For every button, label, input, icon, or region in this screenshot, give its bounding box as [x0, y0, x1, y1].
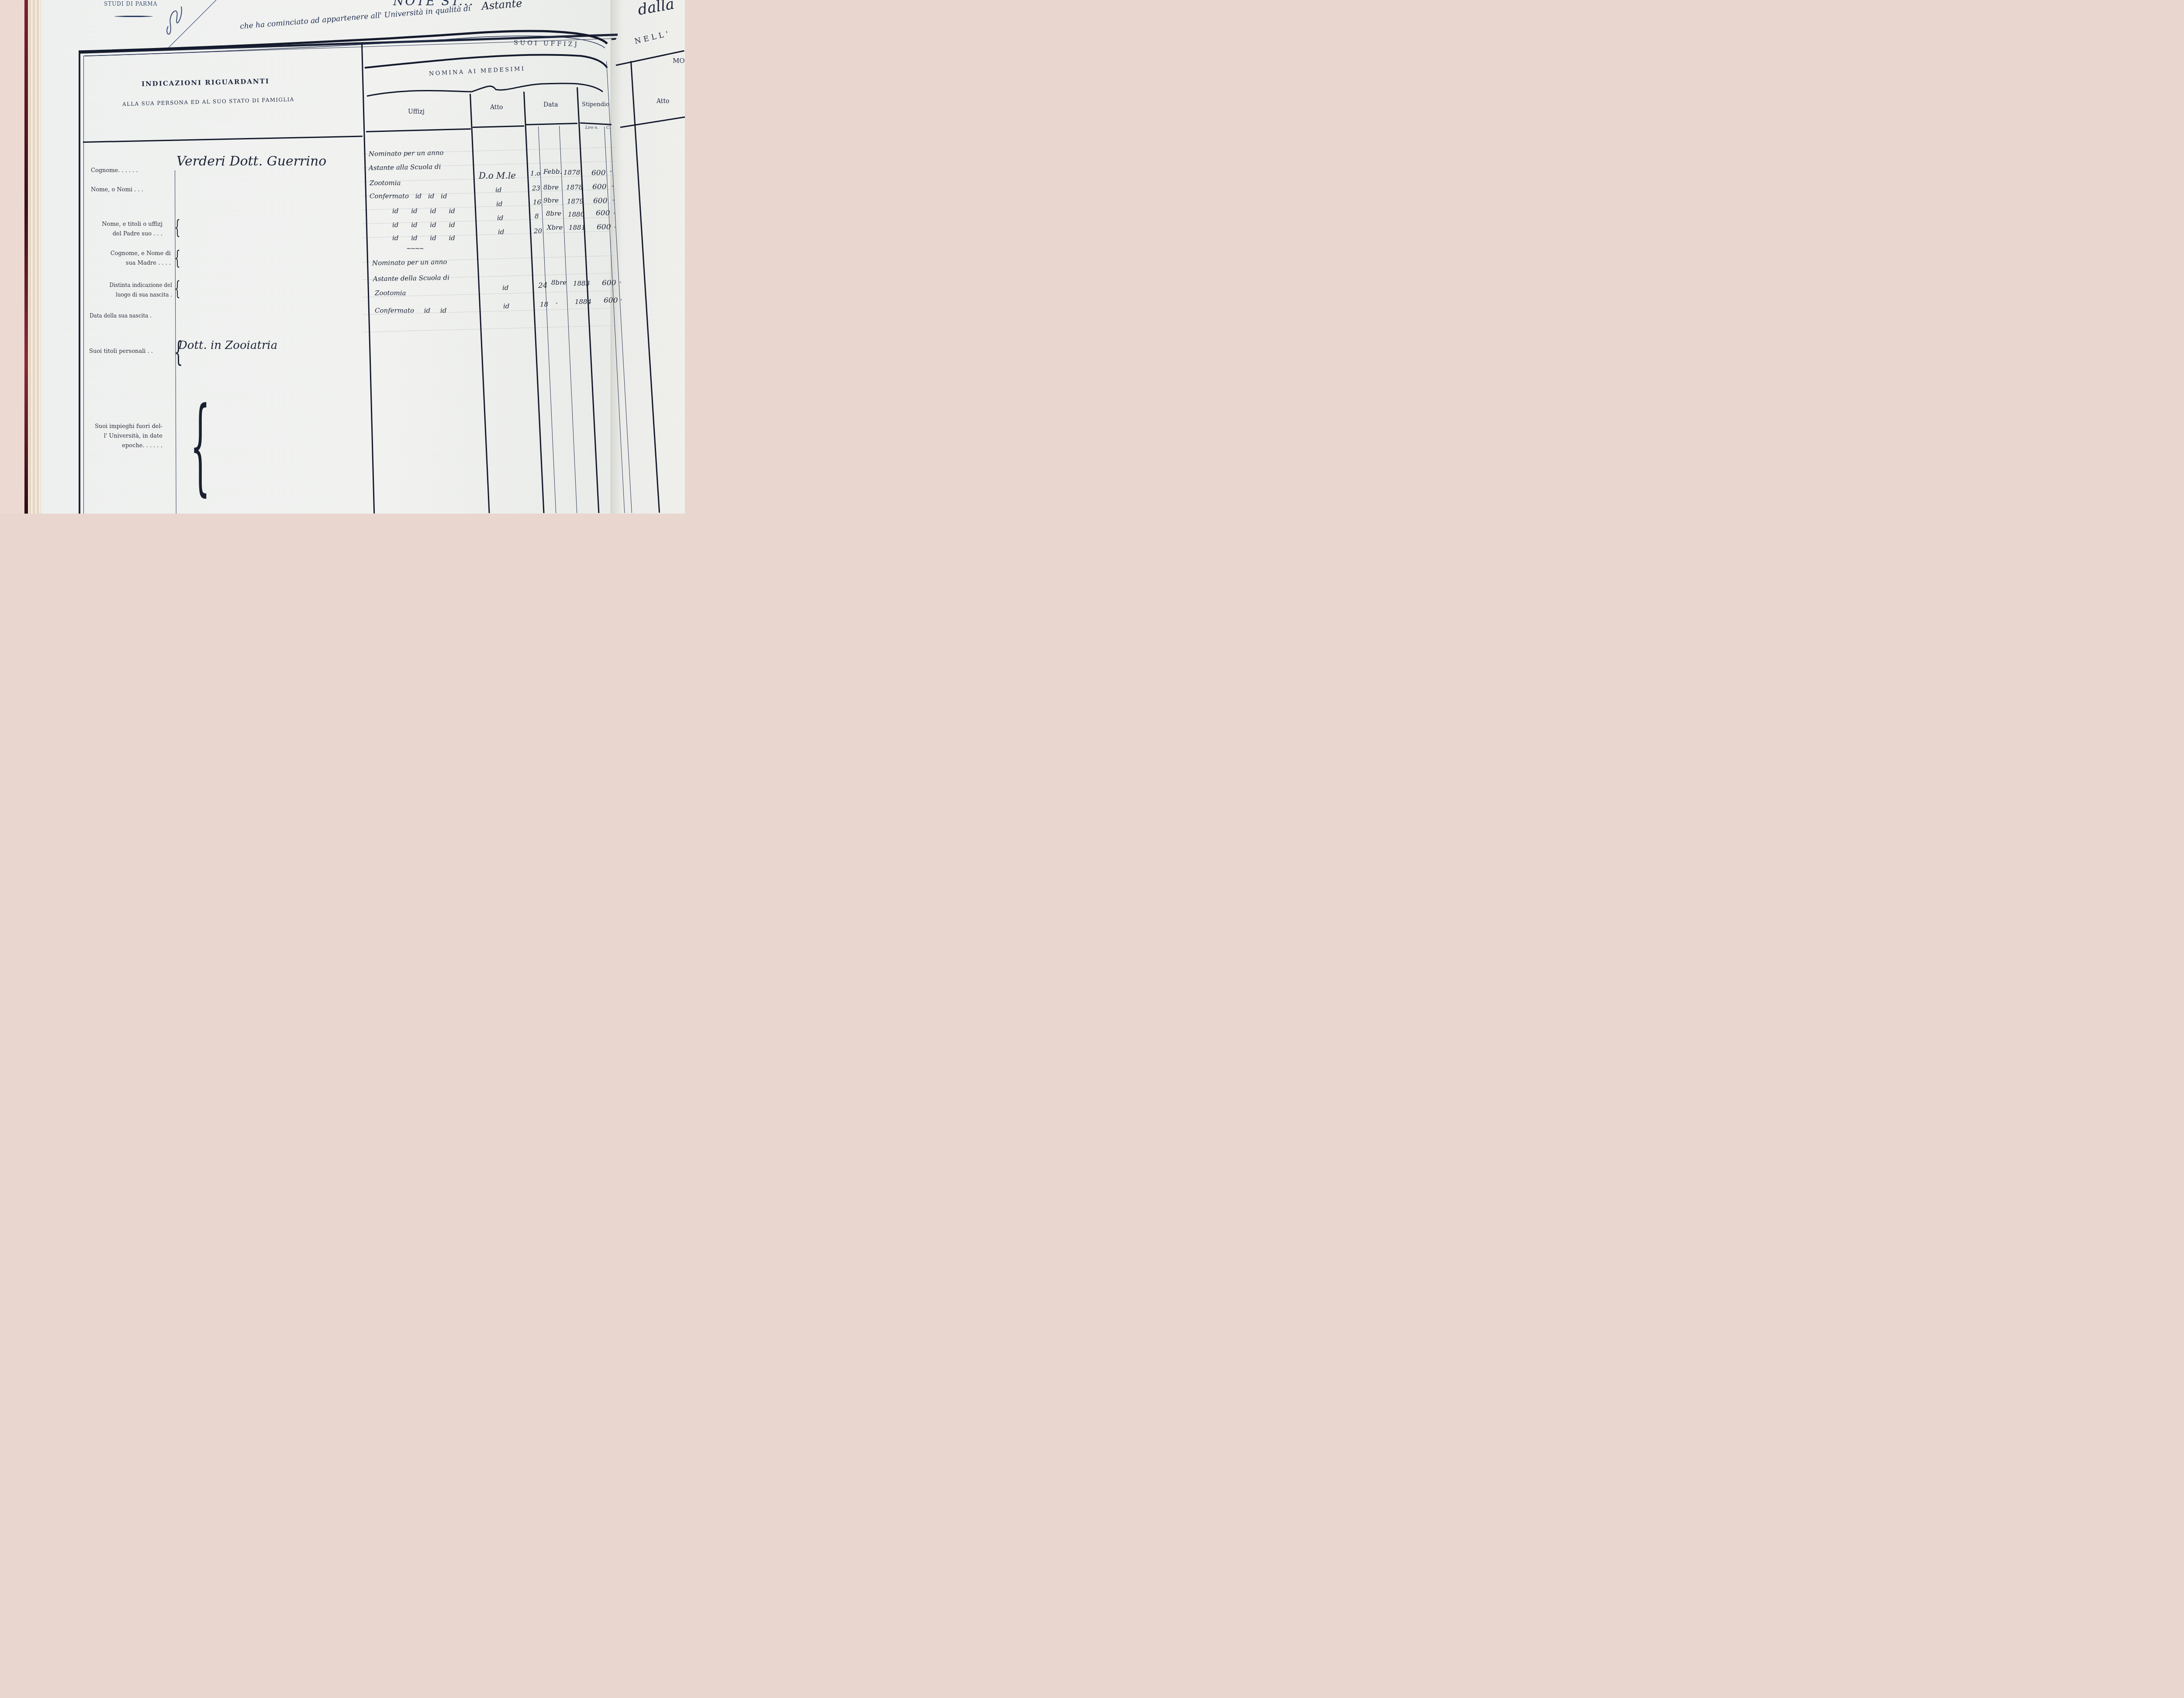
entry-mese-2: 8bre	[543, 183, 559, 191]
entry-anno-3: 1879	[567, 197, 584, 205]
entry-atto-10: id	[502, 284, 508, 292]
entry-cent-4: "	[613, 212, 615, 217]
field-label-luogo-nascita: Distinta indicazione del luogo di sua na…	[90, 280, 172, 300]
entry-cent-1: "	[610, 170, 612, 175]
entry-cent-10: "	[619, 281, 622, 286]
entry-atto-3: id	[496, 200, 502, 208]
column-header-atto: Atto	[490, 104, 503, 111]
column-header-stipendio: Stipendio	[582, 101, 609, 108]
entry-cent-2: "	[612, 185, 614, 190]
right-page-column-atto: Atto	[657, 98, 670, 105]
entry-separator: ~~~~	[406, 245, 423, 252]
entry-uffizj-8: Nominato per un anno	[372, 258, 447, 267]
entry-giorno-4: 8	[535, 212, 539, 220]
entry-anno-10: 1883	[573, 280, 590, 287]
brace-impieghi: {	[190, 384, 210, 507]
field-label-madre-line1: Cognome, e Nome di	[90, 249, 171, 259]
column-header-data: Data	[543, 101, 558, 108]
field-label-madre: Cognome, e Nome di sua Madre . . . .	[90, 249, 171, 268]
field-label-impieghi-line3: epoche. . . . . .	[86, 441, 162, 451]
entry-uffizj-3: Confermato id id id	[370, 192, 447, 200]
entry-anno-1: 1878	[563, 169, 580, 176]
entry-cent-3: "	[612, 199, 615, 204]
brace-madre: {	[174, 247, 180, 269]
entry-uffizj-9: Astante della Scuola di	[373, 273, 449, 283]
entry-atto-2: id	[495, 186, 501, 194]
field-label-padre-line1: Nome, e titoli o uffizj	[91, 220, 162, 229]
entry-uffizj-6: id id id id	[392, 234, 455, 242]
entry-uffizj-1: Astante alla Scuola di	[369, 163, 441, 172]
entry-giorno-10: 24	[538, 281, 548, 290]
entry-lire-1: 600	[591, 169, 605, 177]
entry-cent-5: "	[614, 226, 616, 231]
entry-anno-11: 1884	[575, 298, 591, 306]
subcolumn-lire: Lire n.	[585, 126, 598, 130]
entry-uffizj-11: Confermato id id	[375, 307, 446, 314]
page-edges	[28, 0, 41, 514]
entry-lire-11: 600	[604, 296, 618, 305]
field-label-padre: Nome, e titoli o uffizj del Padre suo . …	[91, 220, 162, 239]
entry-lire-5: 600	[597, 223, 611, 231]
entry-uffizj-0: Nominato per un anno	[369, 149, 444, 158]
field-value-cognome: Verderi Dott. Guerrino	[176, 154, 326, 169]
institution-header: STUDI DI PARMA	[104, 1, 157, 7]
entry-atto-1: D.o M.le	[479, 170, 516, 181]
field-value-titoli: Dott. in Zooiatria	[178, 339, 277, 352]
entry-giorno-5: 20	[534, 227, 542, 235]
table-inner-frame	[83, 38, 617, 514]
entry-anno-5: 1881	[569, 224, 585, 231]
entry-mese-10: 8bre	[551, 279, 567, 286]
field-label-impieghi-line1: Suoi impieghi fuori del-	[86, 422, 162, 431]
field-label-madre-line2: sua Madre . . . .	[90, 259, 171, 268]
entry-uffizj-5: id id id id	[392, 221, 455, 229]
entry-anno-4: 1880	[568, 211, 584, 218]
field-label-nome: Nome, o Nomi . . .	[91, 185, 143, 195]
column-header-uffizj: Uffizj	[408, 108, 425, 115]
entry-giorno-3: 16	[533, 198, 541, 206]
entry-cent-11: "	[620, 299, 622, 304]
entry-lire-4: 600	[596, 209, 610, 217]
entry-uffizj-10: Zootomia	[375, 289, 406, 297]
ornament-rule	[114, 16, 153, 17]
entry-anno-2: 1878	[566, 183, 583, 191]
field-label-cognome: Cognome. . . . . .	[91, 166, 138, 176]
entry-atto-11: id	[503, 302, 509, 310]
field-label-data-nascita: Data della sua nascita .	[90, 311, 152, 321]
entry-atto-5: id	[498, 228, 504, 236]
entry-atto-4: id	[497, 214, 503, 222]
entry-mese-3: 9bre	[543, 197, 559, 204]
brace-padre: {	[174, 217, 180, 239]
entry-lire-2: 600	[592, 183, 606, 191]
field-label-padre-line2: del Padre suo . . .	[91, 229, 162, 239]
entry-giorno-2: 23	[532, 184, 540, 192]
field-label-impieghi: Suoi impieghi fuori del- l' Università, …	[86, 422, 162, 451]
field-label-luogo-line2: luogo di sua nascita .	[90, 290, 172, 300]
field-label-luogo-line1: Distinta indicazione del	[90, 280, 172, 290]
brace-luogo: {	[174, 278, 180, 300]
right-page-subtitle: MO	[673, 57, 685, 65]
entry-lire-3: 600	[593, 197, 607, 205]
field-label-titoli: Suoi titoli personali . .	[89, 347, 153, 356]
entry-giorno-1: 1.o	[530, 169, 540, 177]
entry-uffizj-2: Zootomia	[370, 179, 401, 187]
entry-uffizj-4: id id id id	[392, 207, 455, 215]
entry-giorno-11: 18	[540, 300, 548, 308]
entry-mese-4: 8bre	[546, 210, 561, 217]
uffizi-ornament-border	[79, 26, 616, 105]
register-page-right	[611, 0, 685, 514]
entry-mese-11: "	[556, 302, 558, 307]
book-binding	[24, 0, 28, 514]
entry-lire-10: 600	[602, 279, 616, 287]
entry-mese-5: Xbre	[547, 224, 563, 231]
entry-mese-1: Febb.	[543, 168, 562, 176]
field-label-impieghi-line2: l' Università, in date	[86, 431, 162, 441]
desk-background	[0, 0, 26, 514]
